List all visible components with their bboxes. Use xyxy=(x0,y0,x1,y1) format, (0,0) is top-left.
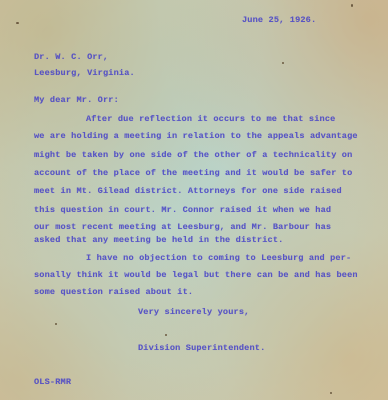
body-line: After due reflection it occurs to me tha… xyxy=(86,114,335,124)
letter-date: June 25, 1926. xyxy=(242,15,316,25)
body-line: I have no objection to coming to Leesbur… xyxy=(86,253,351,263)
salutation: My dear Mr. Orr: xyxy=(34,95,119,105)
recipient-name: Dr. W. C. Orr, xyxy=(34,52,108,62)
reference-initials: OLS-RMR xyxy=(34,377,71,387)
recipient-address: Leesburg, Virginia. xyxy=(34,68,135,78)
body-line: we are holding a meeting in relation to … xyxy=(34,131,358,141)
paper-speck xyxy=(55,323,57,325)
body-line: some question raised about it. xyxy=(34,287,193,297)
closing: Very sincerely yours, xyxy=(138,307,249,317)
body-line: this question in court. Mr. Connor raise… xyxy=(34,205,331,215)
body-line: sonally think it would be legal but ther… xyxy=(34,270,358,280)
paper-speck xyxy=(16,22,19,24)
paper-speck xyxy=(165,334,167,336)
body-line: account of the place of the meeting and … xyxy=(34,168,352,178)
signature-title: Division Superintendent. xyxy=(138,343,265,353)
paper-speck xyxy=(282,62,284,64)
body-line: might be taken by one side of the other … xyxy=(34,150,352,160)
paper-speck xyxy=(330,392,332,394)
body-line: meet in Mt. Gilead district. Attorneys f… xyxy=(34,186,342,196)
body-line: our most recent meeting at Leesburg, and… xyxy=(34,222,331,232)
paper-speck xyxy=(351,4,353,7)
body-line: asked that any meeting be held in the di… xyxy=(34,235,283,245)
